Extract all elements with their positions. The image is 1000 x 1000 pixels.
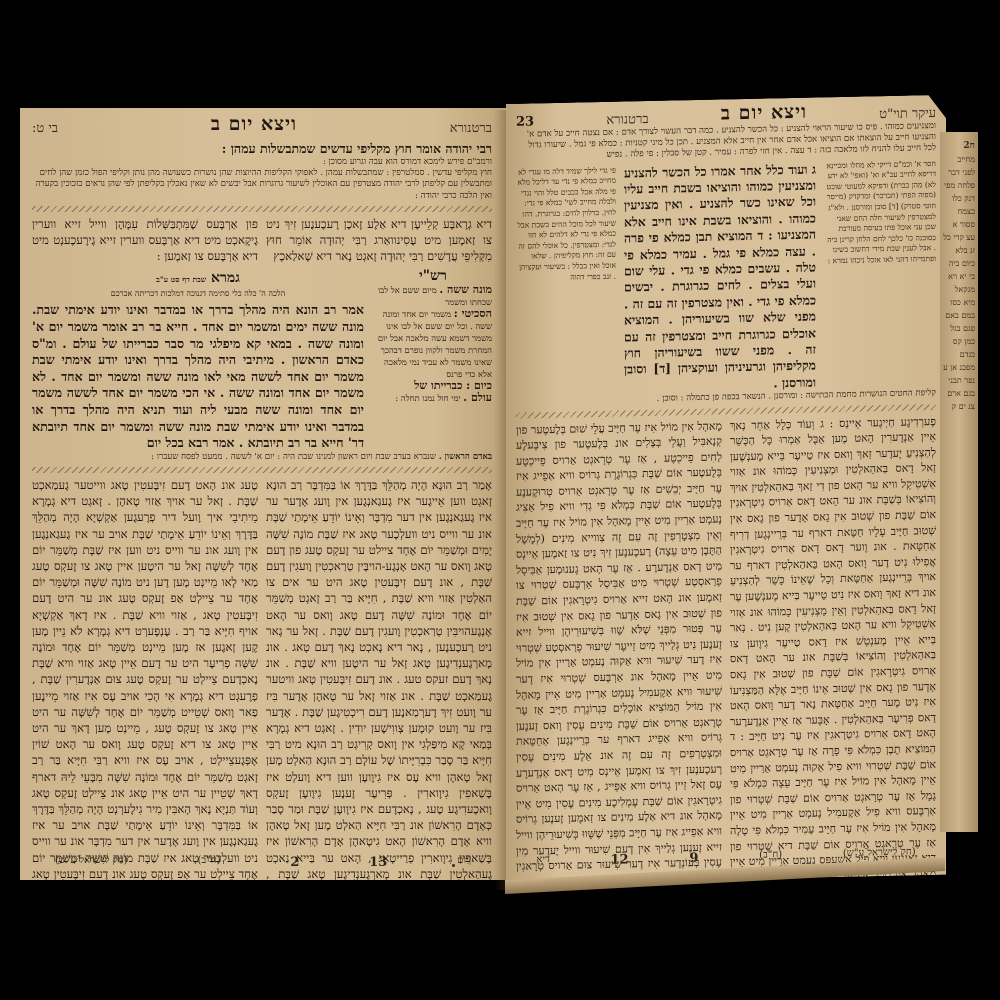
gemara-title-text: גמרא bbox=[211, 270, 240, 286]
right-footer-catchword: דיא bbox=[536, 854, 549, 869]
right-page: עיקר תוי"ט ויצא יום ב ברטנורא 23 ומצניעי… bbox=[506, 95, 946, 884]
rashi-entry-text: משמר יום אחד ומונה ששה . וכל יום ששם אל … bbox=[378, 309, 492, 379]
left-page: ברטנורא ויצא יום ב בי ט: רבי יהודה אומר … bbox=[20, 108, 506, 880]
rashi-closing-line: באדם הראשון . שנברא בערב שבת ויום ראשון … bbox=[32, 452, 492, 463]
right-tosafot-yomtov: חסר א' וכמ"ם דייקי לא מחלו ומכיינא דריפא… bbox=[824, 159, 936, 391]
rashi-entry: מונה ששה . מיום ששם אל לבו שכחתו ומשמר bbox=[374, 284, 492, 308]
rashi-entry-text: ימי חול נמנו תחלה : bbox=[395, 393, 460, 403]
gemara-subtitle: הלכה ה' כלה כלי סתימה דגנוכה דמלכות דכרי… bbox=[32, 289, 364, 298]
left-footer-catchword: וְיוֹם bbox=[457, 855, 471, 870]
left-footer-number: 13 bbox=[369, 855, 387, 870]
rashi-entry-head: עולם . bbox=[463, 391, 492, 404]
gemara-text: אמר רב הונא היה מהלך בדרך או במדבר ואינו… bbox=[32, 302, 364, 451]
left-page-footer: וְיוֹם 13 2 (ח"ב) (חק לישראל ע"ש) bbox=[20, 855, 506, 870]
rashi-column: רש"י מונה ששה . מיום ששם אל לבו שכחתו ומ… bbox=[374, 264, 492, 451]
next-page-text: מחייב לפני דבר פלחה מפי דנק כלו כצמח ססו… bbox=[943, 153, 975, 413]
gemara-section: רש"י מונה ששה . מיום ששם אל לבו שכחתו ומ… bbox=[32, 264, 492, 451]
wavy-divider bbox=[32, 467, 492, 473]
rashi-entry: הסכיטי : משמר יום אחד ומונה ששה . וכל יו… bbox=[374, 308, 492, 380]
left-yiddish-translation: דיא גְרָאבֶּע קְלֵייעֶן דיא אַלֶע זָאכֶן… bbox=[32, 216, 492, 265]
rashi-entry-head: הסכיטי : bbox=[454, 307, 492, 320]
rashi-entry-head: מונה ששה . bbox=[439, 283, 492, 296]
left-header-folio: בי ט: bbox=[32, 120, 58, 136]
paper-speck bbox=[452, 864, 455, 867]
right-mishnah-text: ג ועוד כלל אחר אמרו כל הכשר להצניע ומצני… bbox=[624, 161, 816, 395]
left-yiddish-body-left: טֶעג אונ הָאט דֶעם זִיבֶּעטִין טָאג וויי… bbox=[32, 477, 258, 880]
left-footer-publisher: (חק לישראל ע"ש) bbox=[55, 855, 128, 870]
gemara-title-ref: שבת דף סט ע"ב bbox=[156, 275, 206, 284]
left-mishnah-note: ורמב"ם פירש לימכא דמורס הוא עבה וגרוע מס… bbox=[32, 157, 492, 168]
right-mishnah-section: חסר א' וכמ"ם דייקי לא מחלו ומכיינא דריפא… bbox=[516, 159, 936, 397]
left-running-header: ברטנורא ויצא יום ב בי ט: bbox=[32, 114, 492, 136]
right-footer-signature: 9 bbox=[689, 851, 698, 866]
right-header-page-number: 23 bbox=[516, 114, 534, 129]
rashi-entry-text: שנברא בערב שבת ויום ראשון למנינו שבת היה… bbox=[151, 452, 436, 462]
left-bartenura-commentary: חוץ מקליפי עדשין . סמלטרפין : שמתבשלות ע… bbox=[32, 168, 492, 202]
right-footer-number: 12 bbox=[611, 852, 629, 867]
right-side-commentary: פי גדי לילך שמיד דלה מו עגדי לא מחייב כמ… bbox=[516, 165, 616, 397]
right-footer-volume: (ח"ב) bbox=[759, 849, 782, 864]
right-header-title: ויצא יום ב bbox=[721, 101, 807, 126]
left-mishnah-line: רבי יהודה אומר חוץ מקליפי עדשים שמתבשלות… bbox=[32, 140, 492, 157]
rashi-entry: עולם . ימי חול נמנו תחלה : bbox=[374, 392, 492, 404]
left-footer-signature: 2 bbox=[290, 855, 299, 870]
next-page-header: ח2 bbox=[943, 140, 975, 153]
left-yiddish-body: אָמַר רַב הוּנָא הָיָה מְהַלֵּךְ בַּדֶּר… bbox=[32, 477, 492, 880]
rashi-entry-head: באדם הראשון . bbox=[439, 452, 492, 462]
left-yiddish-body-right: אָמַר רַב הוּנָא הָיָה מְהַלֵּךְ בַּדֶּר… bbox=[266, 477, 492, 880]
right-yiddish-body: פֶערְדִיגֶע חַיְיגֶער אֵיינְס : ג וְעוֹד… bbox=[516, 413, 936, 884]
gemara-column: גמרא שבת דף סט ע"ב הלכה ה' כלה כלי סתימה… bbox=[32, 264, 364, 451]
left-footer-volume: (ח"ב) bbox=[197, 855, 220, 870]
right-header-commentary-label: ברטנורא bbox=[606, 111, 648, 128]
left-header-title: ויצא יום ב bbox=[211, 113, 297, 136]
left-yiddish-translation-left: פון אַרְבֶּעס שֶׁמִּתְבַּשְּׁלוֹת עִמָּה… bbox=[32, 216, 258, 265]
gemara-title: גמרא שבת דף סט ע"ב bbox=[32, 270, 364, 287]
wavy-divider bbox=[32, 206, 492, 212]
right-yiddish-body-left: מָאהָל אִין מוֹיל אִיז עֶר חַיָּיב עֲלֵי… bbox=[516, 418, 722, 884]
left-yiddish-translation-right: דיא גְרָאבֶּע קְלֵייעֶן דיא אַלֶע זָאכֶן… bbox=[266, 216, 492, 265]
right-header-tosafot-label: עיקר תוי"ט bbox=[879, 105, 936, 122]
right-yiddish-body-right: פֶערְדִיגֶע חַיְיגֶער אֵיינְס : ג וְעוֹד… bbox=[730, 413, 936, 884]
next-page-edge: ח2 מחייב לפני דבר פלחה מפי דנק כלו כצמח … bbox=[940, 132, 978, 832]
rashi-title: רש"י bbox=[374, 270, 492, 282]
left-header-commentary-label: ברטנורא bbox=[450, 120, 492, 136]
